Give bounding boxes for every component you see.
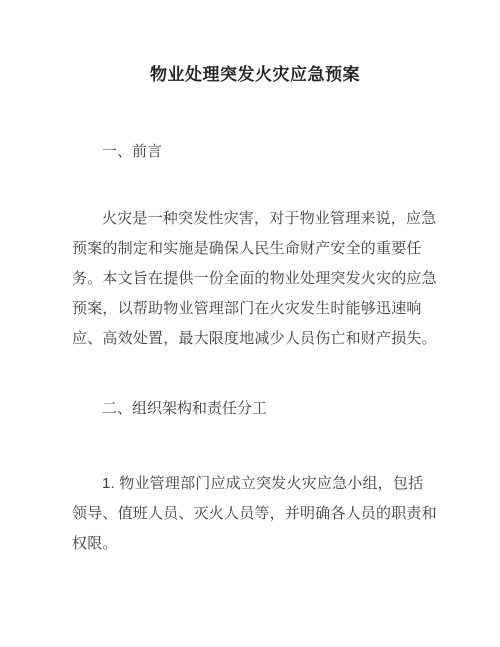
document-page: 物业处理突发火灾应急预案 一、前言 火灾是一种突发性灾害，对于物业管理来说，应急…	[0, 0, 500, 647]
section-heading-organization: 二、组织架构和责任分工	[72, 394, 438, 424]
document-title: 物业处理突发火灾应急预案	[72, 60, 438, 90]
section-heading-foreword: 一、前言	[72, 137, 438, 167]
organization-paragraph: 1. 物业管理部门应成立突发火灾应急小组，包括领导、值班人员、灭火人员等，并明确…	[72, 469, 438, 559]
foreword-paragraph: 火灾是一种突发性灾害，对于物业管理来说，应急预案的制定和实施是确保人民生命财产安…	[72, 204, 438, 354]
